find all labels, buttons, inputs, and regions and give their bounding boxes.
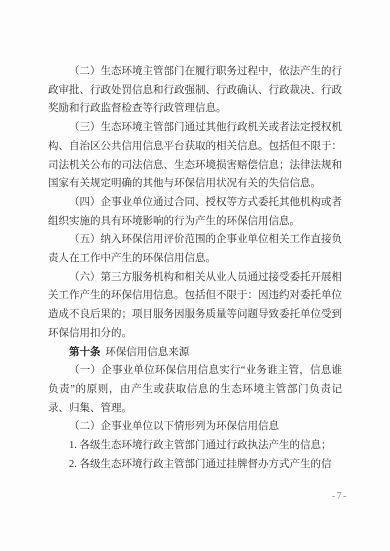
paragraph-clause-3: （三）生态环境主管部门通过其他行政机关或者法定授权机构、自治区公共信用信息平台获… [48, 119, 342, 194]
article-number: 第十条 [69, 347, 101, 358]
document-text-block: （二）生态环境主管部门在履行职务过程中，依法产生的行政审批、行政处罚信息和行政强… [48, 63, 342, 474]
page-number: -7- [332, 491, 348, 503]
article-10-heading: 第十条环保信用信息来源 [48, 344, 342, 363]
article-title: 环保信用信息来源 [105, 347, 189, 358]
paragraph-clause-4: （四）企事业单位通过合同、授权等方式委托其他机构或者组织实施的具有环境影响的行为… [48, 194, 342, 231]
paragraph-item-2: （二）企事业单位以下情形列为环保信用信息 [48, 418, 342, 437]
numbered-item-2: 2. 各级生态环境行政主管部门通过挂牌督办方式产生的信 [48, 456, 342, 475]
numbered-item-1: 1. 各级生态环境行政主管部门通过行政执法产生的信息； [48, 437, 342, 456]
paragraph-clause-5: （五）纳入环保信用评价范围的企事业单位相关工作直接负责人在工作中产生的环保信用信… [48, 231, 342, 268]
document-page: （二）生态环境主管部门在履行职务过程中，依法产生的行政审批、行政处罚信息和行政强… [0, 0, 390, 551]
paragraph-item-1: （一）企事业单位环保信用信息实行“业务谁主管，信息谁负责”的原则，由产生或获取信… [48, 362, 342, 418]
paragraph-clause-6: （六）第三方服务机构和相关从业人员通过接受委托开展相关工作产生的环保信用信息。包… [48, 269, 342, 344]
paragraph-clause-2: （二）生态环境主管部门在履行职务过程中，依法产生的行政审批、行政处罚信息和行政强… [48, 63, 342, 119]
